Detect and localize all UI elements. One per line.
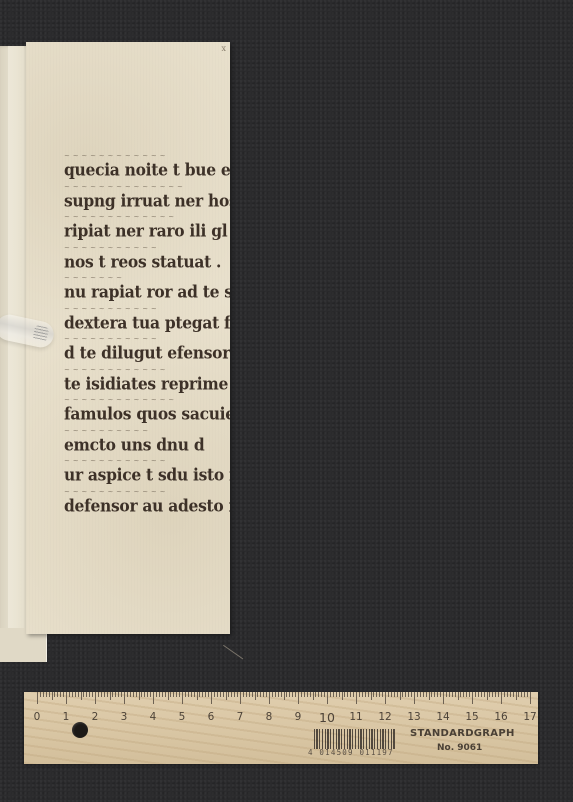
ruler-tick <box>452 692 453 697</box>
ruler-tick <box>257 692 258 697</box>
ruler-tick <box>89 692 90 697</box>
ruler-tick <box>391 692 392 697</box>
ruler-tick <box>49 692 50 697</box>
ruler-tick <box>495 692 496 697</box>
ruler-tick <box>286 692 287 697</box>
ruler-tick <box>69 692 70 697</box>
ruler-cm-label: 15 <box>465 711 478 723</box>
ruler-tick <box>429 692 430 700</box>
ruler-tick <box>400 692 401 700</box>
ruler-tick <box>176 692 177 697</box>
ruler-tick <box>388 692 389 697</box>
ruler-tick <box>324 692 325 697</box>
ruler-tick <box>362 692 363 697</box>
manuscript-line: ~ ~ ~ ~ ~ ~ ~nu rapiat ror ad te sy b <box>64 274 230 304</box>
main-text: supng irruat ner hosti <box>64 191 230 210</box>
ruler-tick <box>98 692 99 697</box>
ruler-tick <box>426 692 427 697</box>
ruler-tick <box>66 692 67 704</box>
ruler-tick <box>118 692 119 697</box>
ruler-tick <box>307 692 308 697</box>
ruler-tick <box>484 692 485 697</box>
ruler-tick <box>101 692 102 697</box>
ruler-tick <box>78 692 79 697</box>
ruler-tick <box>144 692 145 697</box>
ruler-tick <box>107 692 108 697</box>
ruler-tick <box>344 692 345 697</box>
ruler-tick <box>156 692 157 697</box>
ruler-tick <box>318 692 319 697</box>
ruler-tick <box>202 692 203 697</box>
ruler-tick <box>266 692 267 697</box>
ruler-tick <box>327 692 328 704</box>
ruler-tick <box>414 692 415 704</box>
ruler-cm-label: 9 <box>295 711 302 723</box>
ruler-cm-label: 10 <box>319 710 335 725</box>
ruler-tick <box>431 692 432 697</box>
ruler-tick <box>298 692 299 704</box>
ruler-tick <box>263 692 264 697</box>
ruler-tick <box>223 692 224 697</box>
ruler-tick <box>460 692 461 697</box>
ruler-tick <box>449 692 450 697</box>
ruler-tick <box>226 692 227 700</box>
ruler-tick <box>446 692 447 697</box>
ruler-tick <box>214 692 215 697</box>
ruler-tick <box>197 692 198 700</box>
ruler-tick <box>333 692 334 697</box>
manuscript-line: ~ ~ ~ ~ ~ ~ ~ ~ ~ ~ ~ ~te isidiates repr… <box>64 366 230 396</box>
ruler-tick <box>217 692 218 697</box>
ruler-tick <box>521 692 522 697</box>
ruler-tick <box>37 692 38 704</box>
ruler-tick <box>463 692 464 697</box>
ruler-cm-label: 12 <box>378 711 391 723</box>
ruler-tick <box>249 692 250 697</box>
ruler-tick <box>385 692 386 704</box>
ruler-tick <box>513 692 514 697</box>
ruler-tick <box>121 692 122 697</box>
ruler-tick <box>313 692 314 700</box>
manuscript-line: ~ ~ ~ ~ ~ ~ ~ ~ ~ ~ ~dextera tua ptegat … <box>64 305 230 335</box>
ruler-tick <box>95 692 96 704</box>
ruler-tick <box>191 692 192 697</box>
ruler-tick <box>481 692 482 697</box>
ruler-tick <box>46 692 47 697</box>
ruler-tick <box>141 692 142 697</box>
main-text: famulos quos sacuie <box>64 404 230 423</box>
ruler-tick <box>353 692 354 697</box>
ruler-cm-label: 13 <box>407 711 420 723</box>
ruler-tick <box>199 692 200 697</box>
main-text: nos t reos statuat . <box>64 252 230 271</box>
ruler-tick <box>40 692 41 697</box>
ruler-tick <box>371 692 372 700</box>
ruler-tick <box>510 692 511 697</box>
ruler-tick <box>315 692 316 697</box>
ruler-tick <box>376 692 377 697</box>
ruler-tick <box>527 692 528 697</box>
ruler-tick <box>356 692 357 704</box>
manuscript-fragment: x ~ ~ ~ ~ ~ ~ ~ ~ ~ ~ ~ ~quecia noite t … <box>26 42 230 634</box>
ruler-tick <box>124 692 125 704</box>
main-text: ripiat ner raro ili gl <box>64 221 230 240</box>
ruler-tick <box>83 692 84 697</box>
main-text: quecia noite t bue e ch <box>64 160 230 179</box>
ruler-cm-label: 0 <box>34 711 41 723</box>
ruler-tick <box>208 692 209 697</box>
ruler-tick <box>147 692 148 697</box>
ruler-tick <box>373 692 374 697</box>
ruler-tick <box>420 692 421 697</box>
ruler-tick <box>304 692 305 697</box>
ruler-tick <box>153 692 154 704</box>
ruler-tick <box>231 692 232 697</box>
ruler-tick <box>350 692 351 697</box>
ruler-tick <box>104 692 105 697</box>
ruler-tick <box>92 692 93 697</box>
ruler-tick <box>136 692 137 697</box>
ruler-cm-label: 6 <box>208 711 215 723</box>
main-text: nu rapiat ror ad te sy b <box>64 282 230 301</box>
ruler-brand: STANDARDGRAPH <box>410 728 515 739</box>
folio-mark: x <box>221 44 226 53</box>
ruler-tick <box>54 692 55 697</box>
ruler-tick <box>379 692 380 697</box>
ruler-tick <box>382 692 383 697</box>
barcode <box>314 729 396 749</box>
ruler-tick <box>469 692 470 697</box>
ruler-tick <box>394 692 395 697</box>
ruler-tick <box>408 692 409 697</box>
ruler-cm-label: 17 <box>523 711 536 723</box>
ruler-tick <box>423 692 424 697</box>
ruler-tick <box>130 692 131 697</box>
ruler-tick <box>518 692 519 697</box>
manuscript-line: ~ ~ ~ ~ ~ ~ ~ ~ ~ ~ emcto uns dnu d <box>64 427 230 457</box>
ruler-tick <box>466 692 467 697</box>
ruler-tick <box>86 692 87 697</box>
manuscript-line: ~ ~ ~ ~ ~ ~ ~ ~ ~ ~ ~d te dilugut efenso… <box>64 335 230 365</box>
ruler-tick <box>168 692 169 700</box>
ruler-tick <box>458 692 459 700</box>
ruler-tick <box>339 692 340 697</box>
ruler-tick <box>475 692 476 697</box>
ruler-tick <box>188 692 189 697</box>
ruler-tick <box>252 692 253 697</box>
ruler-tick <box>507 692 508 697</box>
ruler-tick <box>255 692 256 700</box>
ruler-tick <box>72 692 73 697</box>
ruler-tick <box>81 692 82 700</box>
ruler-tick <box>110 692 111 700</box>
ruler-tick <box>75 692 76 697</box>
ruler-tick <box>139 692 140 700</box>
manuscript-line: ~ ~ ~ ~ ~ ~ ~ ~ ~ ~ ~ ~ ~ripiat ner raro… <box>64 213 230 243</box>
ruler-tick <box>52 692 53 700</box>
ruler-tick <box>440 692 441 697</box>
leaf-strip <box>8 46 24 662</box>
ruler-tick <box>487 692 488 700</box>
manuscript-line: ~ ~ ~ ~ ~ ~ ~ ~ ~ ~ ~ ~defensor au adest… <box>64 488 230 518</box>
main-text: emcto uns dnu d <box>64 435 230 454</box>
manuscript-line: ~ ~ ~ ~ ~ ~ ~ ~ ~ ~ ~ ~ ~ ~supng irruat … <box>64 183 230 213</box>
ruler-tick <box>292 692 293 697</box>
ruler-tick <box>289 692 290 697</box>
ruler-hole <box>72 722 88 738</box>
ruler-tick <box>243 692 244 697</box>
manuscript-line: ~ ~ ~ ~ ~ ~ ~ ~ ~ ~ ~nos t reos statuat … <box>64 244 230 274</box>
ruler-tick <box>530 692 531 704</box>
ruler-tick <box>498 692 499 697</box>
ruler-tick <box>443 692 444 704</box>
ruler-tick <box>127 692 128 697</box>
ruler-tick <box>330 692 331 697</box>
ruler-tick <box>228 692 229 697</box>
ruler-tick <box>194 692 195 697</box>
ruler-tick <box>455 692 456 697</box>
ruler-tick <box>162 692 163 697</box>
main-text: ur aspice t sdu isto ror <box>64 465 230 484</box>
ruler-tick <box>185 692 186 697</box>
ruler-ticks: 01234567891011121314151617 <box>37 692 530 712</box>
ruler-tick <box>516 692 517 700</box>
ruler-tick <box>43 692 44 697</box>
ruler-tick <box>240 692 241 704</box>
ruler-tick <box>269 692 270 704</box>
ruler-tick <box>347 692 348 697</box>
ruler-tick <box>237 692 238 697</box>
ruler-cm-label: 2 <box>92 711 99 723</box>
ruler-tick <box>504 692 505 697</box>
ruler-tick <box>365 692 366 697</box>
ruler-tick <box>281 692 282 697</box>
ruler-tick <box>301 692 302 697</box>
ruler-tick <box>310 692 311 697</box>
ruler-tick <box>112 692 113 697</box>
ruler-tick <box>501 692 502 704</box>
ruler-tick <box>417 692 418 697</box>
ruler-tick <box>150 692 151 697</box>
ruler-tick <box>165 692 166 697</box>
barcode-number: 4 014509 011197 <box>308 748 394 757</box>
ruler-cm-label: 5 <box>179 711 186 723</box>
ruler-tick <box>170 692 171 697</box>
ruler-tick <box>272 692 273 697</box>
ruler-tick <box>478 692 479 697</box>
ruler-tick <box>368 692 369 697</box>
ruler-cm-label: 1 <box>63 711 70 723</box>
ruler-cm-label: 8 <box>266 711 273 723</box>
ruler-tick <box>63 692 64 697</box>
manuscript-line: ~ ~ ~ ~ ~ ~ ~ ~ ~ ~ ~ ~quecia noite t bu… <box>64 152 230 182</box>
ruler-tick <box>159 692 160 697</box>
ruler-tick <box>275 692 276 697</box>
ruler-tick <box>342 692 343 700</box>
ruler-tick <box>173 692 174 697</box>
main-text: defensor au adesto n <box>64 496 230 515</box>
ruler-tick <box>260 692 261 697</box>
ruler-tick <box>278 692 279 697</box>
ruler-cm-label: 11 <box>349 711 362 723</box>
main-text: d te dilugut efensor <box>64 343 230 362</box>
ruler-tick <box>524 692 525 697</box>
ruler-tick <box>402 692 403 697</box>
manuscript-line: ~ ~ ~ ~ ~ ~ ~ ~ ~ ~ ~ ~ur aspice t sdu i… <box>64 457 230 487</box>
ruler-cm-label: 3 <box>121 711 128 723</box>
main-text: te isidiates reprime tul <box>64 374 230 393</box>
ruler-tick <box>179 692 180 697</box>
ruler-tick <box>211 692 212 704</box>
ruler-tick <box>405 692 406 697</box>
ruler-tick <box>434 692 435 697</box>
ruler-tick <box>284 692 285 700</box>
ruler-tick <box>321 692 322 697</box>
ruler-tick <box>359 692 360 697</box>
ruler-tick <box>182 692 183 704</box>
ruler-tick <box>411 692 412 697</box>
ruler-cm-label: 14 <box>436 711 449 723</box>
ruler-tick <box>220 692 221 697</box>
ruler-tick <box>437 692 438 697</box>
main-text: dextera tua ptegat fa <box>64 313 230 332</box>
ruler-tick <box>295 692 296 697</box>
ruler-tick <box>246 692 247 697</box>
ruler-tick <box>397 692 398 697</box>
measuring-ruler: 01234567891011121314151617 4 014509 0111… <box>24 692 538 764</box>
ruler-tick <box>489 692 490 697</box>
ruler-model: No. 9061 <box>437 743 482 753</box>
ruler-tick <box>133 692 134 697</box>
ruler-cm-label: 16 <box>494 711 507 723</box>
ruler-tick <box>234 692 235 697</box>
ruler-tick <box>492 692 493 697</box>
ruler-tick <box>60 692 61 697</box>
manuscript-line: ~ ~ ~ ~ ~ ~ ~ ~ ~ ~ ~ ~ ~famulos quos sa… <box>64 396 230 426</box>
ruler-tick <box>205 692 206 697</box>
ruler-cm-label: 7 <box>237 711 244 723</box>
ruler-tick <box>472 692 473 704</box>
ruler-tick <box>336 692 337 697</box>
ruler-tick <box>115 692 116 697</box>
ruler-tick <box>57 692 58 697</box>
ruler-cm-label: 4 <box>150 711 157 723</box>
